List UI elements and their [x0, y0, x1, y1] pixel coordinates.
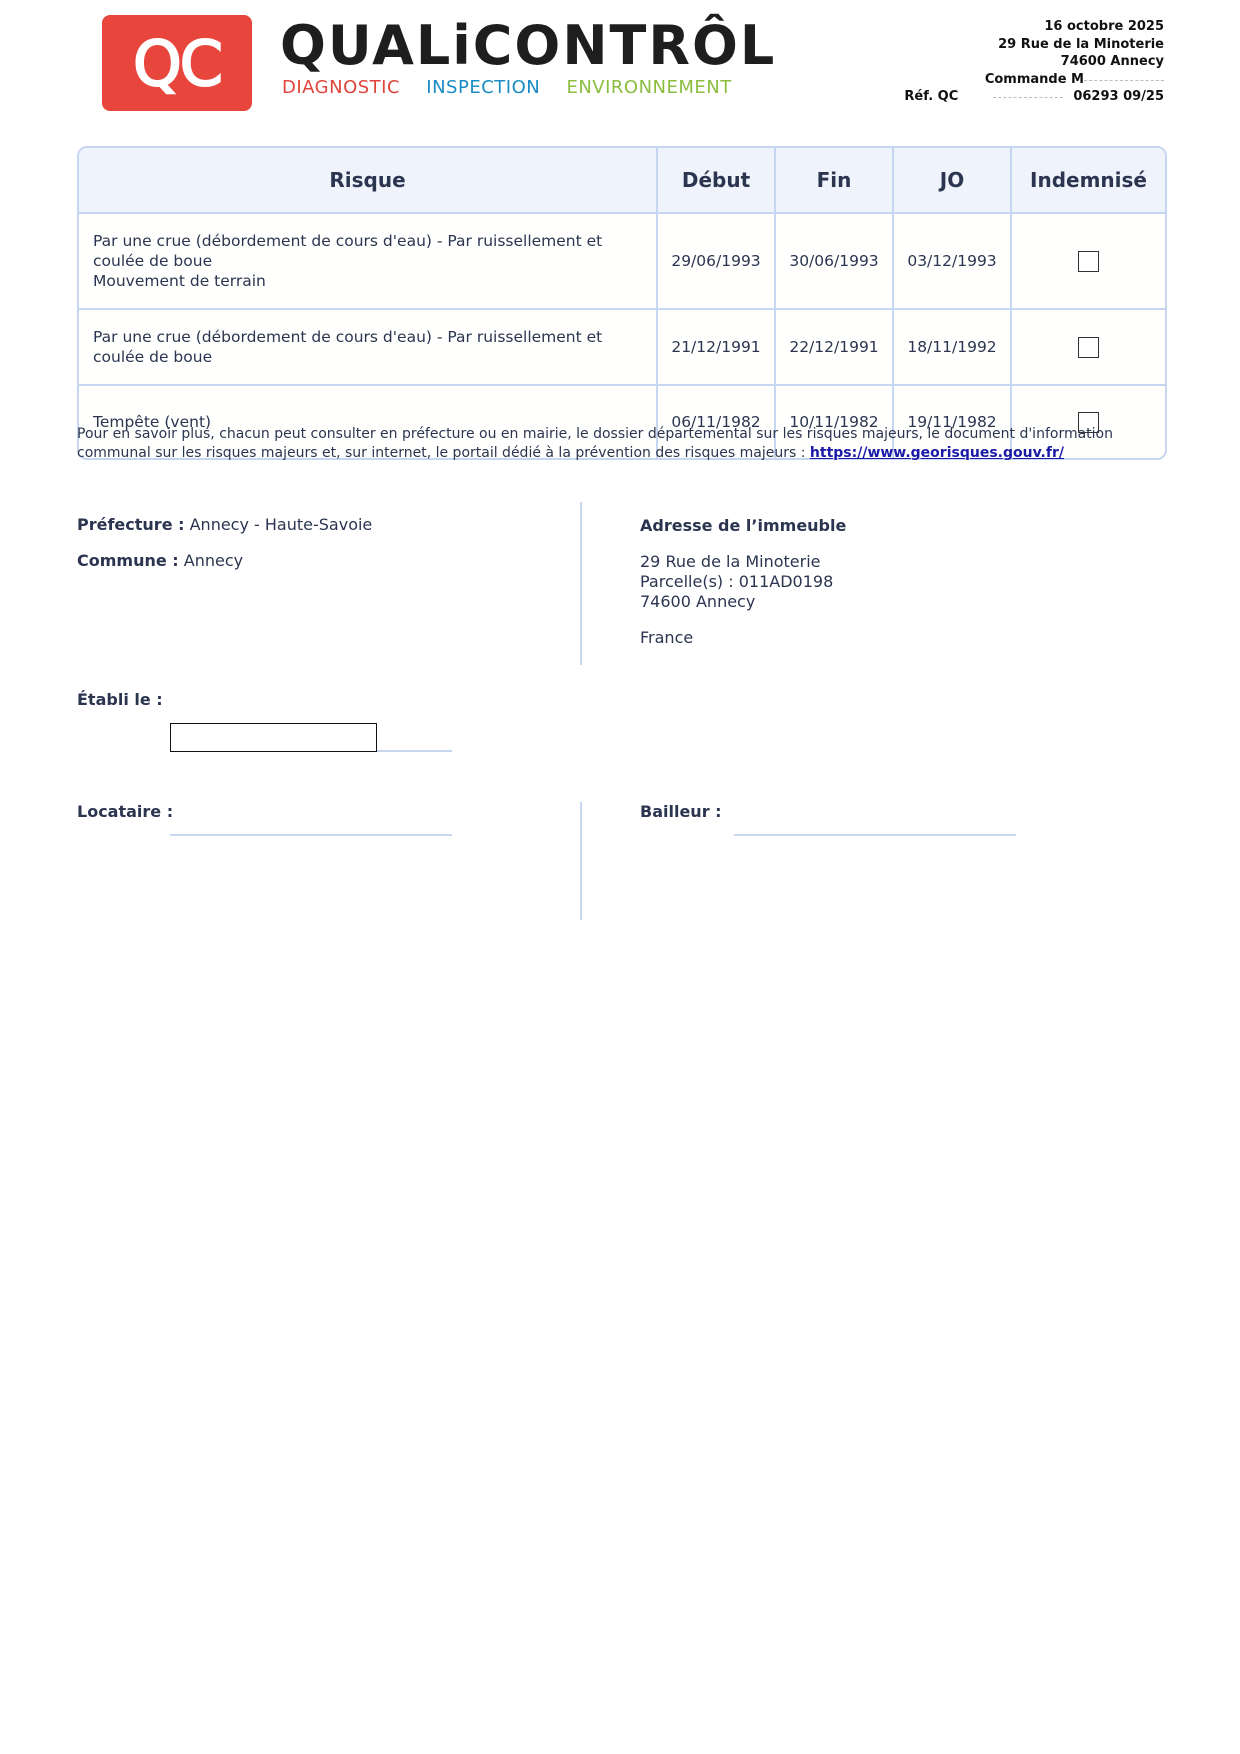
logo-tag-environnement: ENVIRONNEMENT	[566, 77, 731, 98]
logo-badge: QC	[102, 15, 252, 111]
ref-value: 06293 09/25	[1073, 89, 1164, 104]
georisques-link[interactable]: https://www.georisques.gouv.fr/	[810, 445, 1064, 461]
debut-cell: 29/06/1993	[657, 213, 775, 309]
col-header-jo: JO	[893, 148, 1011, 213]
header-commande: Commande M	[904, 71, 1164, 89]
commune-value: Annecy	[184, 551, 243, 570]
bailleur-label: Bailleur :	[640, 802, 722, 821]
commune-label: Commune :	[77, 551, 179, 570]
risque-cell: Par une crue (débordement de cours d'eau…	[79, 213, 657, 309]
logo-name: QUALiCONTRÔL	[280, 14, 776, 77]
fin-cell: 22/12/1991	[775, 309, 893, 385]
prefecture-label: Préfecture :	[77, 515, 185, 534]
prefecture-value: Annecy - Haute-Savoie	[190, 515, 373, 534]
risque-cell: Par une crue (débordement de cours d'eau…	[79, 309, 657, 385]
logo-tag-diagnostic: DIAGNOSTIC	[282, 77, 400, 98]
header-info: 16 octobre 2025 29 Rue de la Minoterie 7…	[904, 18, 1164, 106]
risque-line: Par une crue (débordement de cours d'eau…	[93, 231, 642, 271]
header-ref: Réf. QC 06293 09/25	[904, 88, 1164, 106]
etabli-date-field[interactable]	[170, 723, 377, 752]
address-country: France	[640, 628, 846, 648]
bailleur-signature-line[interactable]	[734, 834, 1016, 836]
redacted-ref	[993, 95, 1063, 98]
logo-tagline: DIAGNOSTIC INSPECTION ENVIRONNEMENT	[282, 77, 752, 98]
ref-label: Réf. QC	[904, 89, 958, 104]
indemnise-checkbox[interactable]	[1078, 251, 1099, 272]
indemnise-checkbox[interactable]	[1078, 337, 1099, 358]
logo-badge-text: QC	[133, 27, 221, 100]
redacted-commande	[1084, 78, 1164, 81]
address-title: Adresse de l’immeuble	[640, 516, 846, 536]
column-divider	[580, 502, 582, 665]
col-header-risque: Risque	[79, 148, 657, 213]
header-date: 16 octobre 2025	[904, 18, 1164, 36]
address-street: 29 Rue de la Minoterie	[640, 552, 846, 572]
risque-line: Mouvement de terrain	[93, 271, 642, 291]
locataire-signature-line[interactable]	[170, 834, 452, 836]
logo-tag-inspection: INSPECTION	[426, 77, 540, 98]
locataire-label: Locataire :	[77, 802, 173, 821]
table-header-row: Risque Début Fin JO Indemnisé	[79, 148, 1165, 213]
header-address: 29 Rue de la Minoterie	[904, 36, 1164, 54]
indemnise-cell	[1011, 213, 1165, 309]
fin-cell: 30/06/1993	[775, 213, 893, 309]
col-header-debut: Début	[657, 148, 775, 213]
header-city: 74600 Annecy	[904, 53, 1164, 71]
prefecture-field: Préfecture : Annecy - Haute-Savoie	[77, 515, 372, 534]
jo-cell: 18/11/1992	[893, 309, 1011, 385]
address-city: 74600 Annecy	[640, 592, 846, 612]
etabli-label: Établi le :	[77, 690, 163, 709]
risk-table: Risque Début Fin JO Indemnisé Par une cr…	[77, 146, 1167, 460]
commande-label: Commande M	[985, 72, 1084, 87]
risque-line: Par une crue (débordement de cours d'eau…	[93, 327, 642, 367]
jo-cell: 03/12/1993	[893, 213, 1011, 309]
table-row: Par une crue (débordement de cours d'eau…	[79, 309, 1165, 385]
commune-field: Commune : Annecy	[77, 551, 243, 570]
signature-divider	[580, 802, 582, 920]
address-parcel: Parcelle(s) : 011AD0198	[640, 572, 846, 592]
table-row: Par une crue (débordement de cours d'eau…	[79, 213, 1165, 309]
col-header-fin: Fin	[775, 148, 893, 213]
debut-cell: 21/12/1991	[657, 309, 775, 385]
col-header-indemnise: Indemnisé	[1011, 148, 1165, 213]
address-block: Adresse de l’immeuble 29 Rue de la Minot…	[640, 516, 846, 648]
info-paragraph: Pour en savoir plus, chacun peut consult…	[77, 425, 1167, 463]
indemnise-cell	[1011, 309, 1165, 385]
